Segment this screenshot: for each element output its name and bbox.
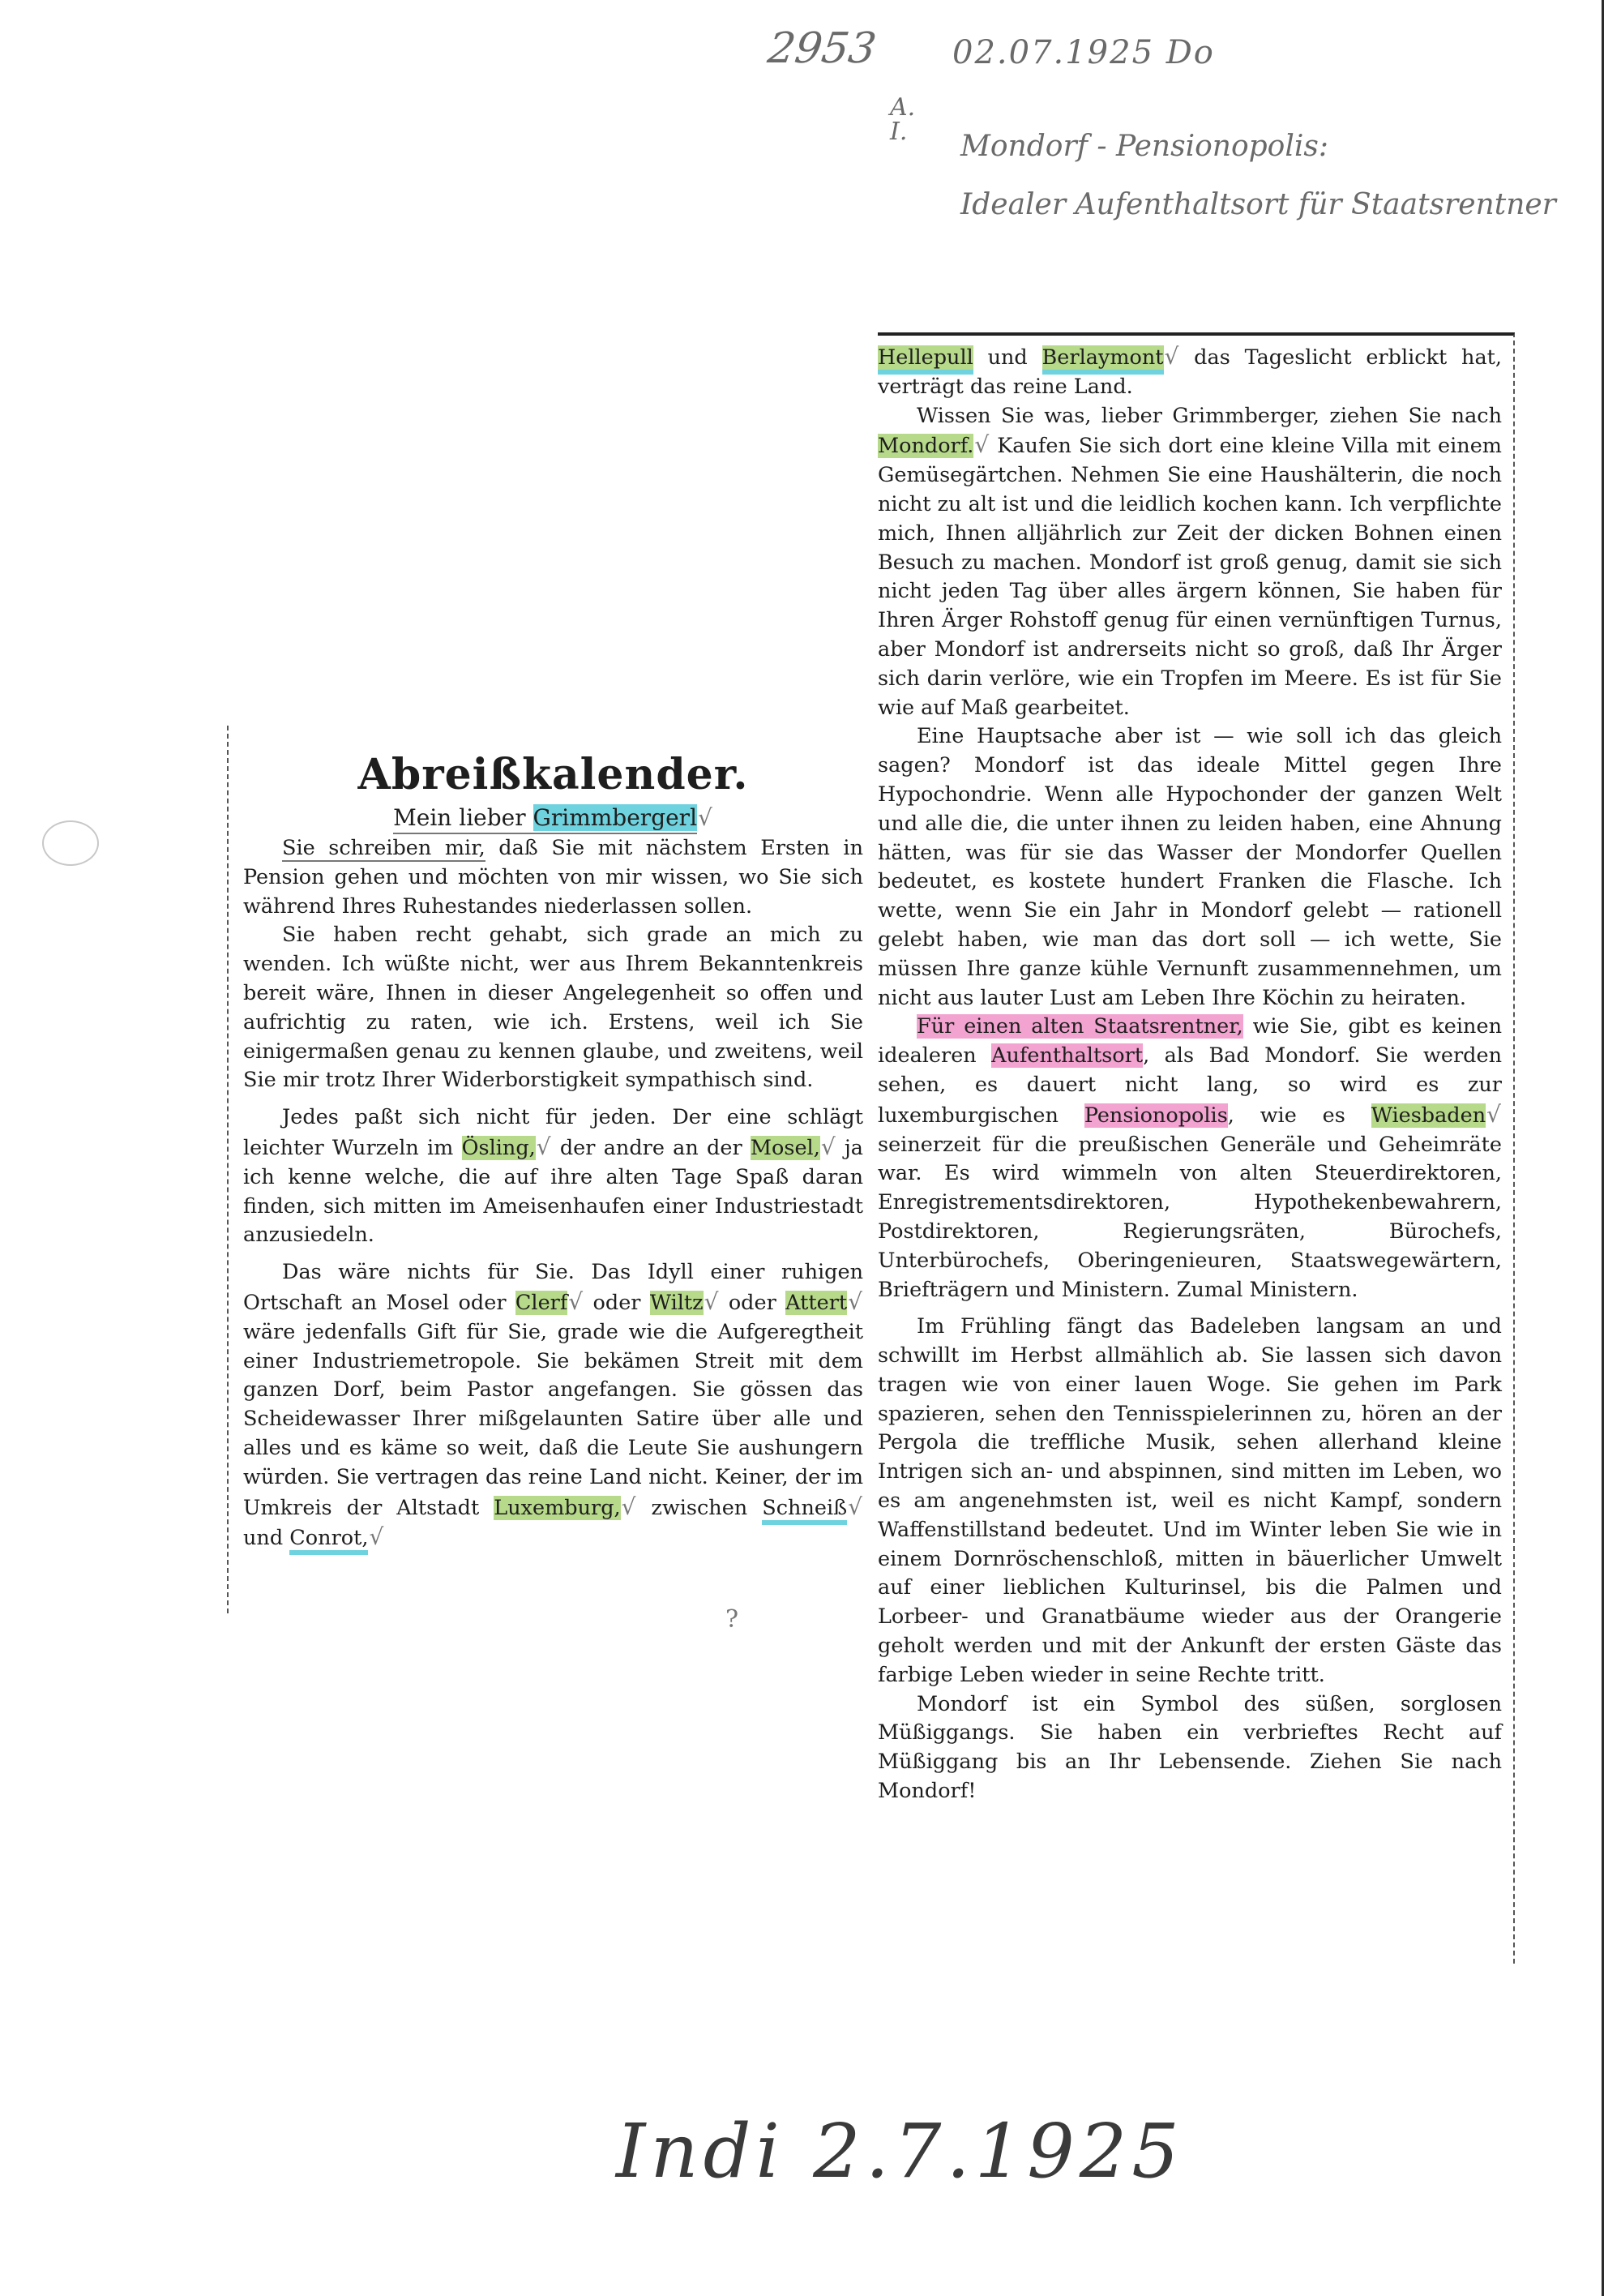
paragraph: Sie schreiben mir, daß Sie mit nächstem … bbox=[243, 834, 863, 921]
check-mark: √ bbox=[848, 1288, 862, 1315]
highlight-wiesbaden: Wiesbaden bbox=[1371, 1103, 1486, 1128]
paragraph: Für einen alten Staatsrentner, wie Sie, … bbox=[878, 1013, 1502, 1304]
highlight-berlaymont: Berlaymont bbox=[1042, 345, 1164, 375]
highlight-staatsrentner: Für einen alten Staatsrentner, bbox=[917, 1014, 1243, 1039]
handwritten-title-line-2: Idealer Aufenthaltsort für Staatsrentner bbox=[960, 188, 1556, 221]
paragraph: Wissen Sie was, lieber Grimmberger, zieh… bbox=[878, 402, 1502, 723]
highlight-mosel: Mosel, bbox=[751, 1136, 820, 1160]
salutation-prefix: Mein lieber bbox=[393, 804, 532, 831]
paragraph: Mondorf ist ein Symbol des süßen, sorglo… bbox=[878, 1690, 1502, 1806]
salutation-name-highlight: Grimmbergerl bbox=[533, 804, 698, 831]
text-run: Kaufen Sie sich dort eine kleine Villa m… bbox=[878, 434, 1502, 719]
text-run: oder bbox=[584, 1291, 650, 1315]
check-mark: √ bbox=[848, 1493, 862, 1520]
clipping-left-column: Abreißkalender. Mein lieber Grimmbergerl… bbox=[227, 726, 863, 1613]
check-mark: √ bbox=[369, 1523, 383, 1550]
highlight-attert: Attert bbox=[785, 1291, 847, 1315]
check-mark: √ bbox=[622, 1493, 636, 1520]
page-edge-rule bbox=[1602, 0, 1604, 2296]
paragraph: Das wäre nichts für Sie. Das Idyll einer… bbox=[243, 1258, 863, 1553]
paragraph: Hellepull und Berlaymont√ das Tageslicht… bbox=[878, 342, 1502, 402]
paragraph: Jedes paßt sich nicht für jeden. Der ein… bbox=[243, 1103, 863, 1250]
underline-schneiss: Schneiß bbox=[762, 1496, 847, 1525]
highlight-luxemburg: Luxemburg, bbox=[494, 1496, 620, 1520]
highlight-mondorf: Mondorf. bbox=[878, 434, 973, 458]
text-run: und bbox=[243, 1526, 289, 1550]
handwritten-reference-mark: A. I. bbox=[890, 96, 915, 144]
text-run: Wissen Sie was, lieber Grimmberger, zieh… bbox=[917, 404, 1502, 428]
check-mark: √ bbox=[704, 1288, 719, 1315]
highlight-hellepull: Hellepull bbox=[878, 345, 973, 375]
check-mark: √ bbox=[1486, 1101, 1501, 1128]
paragraph: Sie haben recht gehabt, sich grade an mi… bbox=[243, 921, 863, 1095]
check-mark: √ bbox=[1165, 343, 1179, 370]
underlined-phrase: Sie schreiben mir, bbox=[282, 836, 485, 862]
highlight-aufenthaltsort: Aufenthaltsort bbox=[991, 1043, 1143, 1068]
punch-hole-mark bbox=[42, 820, 99, 866]
highlight-clerf: Clerf bbox=[515, 1291, 567, 1315]
paragraph: Eine Hauptsache aber ist — wie soll ich … bbox=[878, 722, 1502, 1013]
highlight-wiltz: Wiltz bbox=[650, 1291, 704, 1315]
handwritten-source-date: Indi 2.7.1925 bbox=[616, 2108, 1184, 2195]
text-run: wäre jedenfalls Gift für Sie, grade wie … bbox=[243, 1320, 863, 1520]
handwritten-title-line-1: Mondorf - Pensionopolis: bbox=[960, 130, 1328, 163]
article-salutation: Mein lieber Grimmbergerl√ bbox=[243, 804, 863, 831]
handwritten-date-code: 02.07.1925 Do bbox=[952, 34, 1215, 71]
highlight-osling: Ösling, bbox=[462, 1136, 536, 1160]
check-mark: √ bbox=[698, 804, 712, 831]
check-mark: √ bbox=[537, 1133, 551, 1160]
article-headline: Abreißkalender. bbox=[243, 750, 863, 799]
text-run: , wie es bbox=[1228, 1103, 1371, 1128]
underline-conrot: Conrot, bbox=[289, 1526, 368, 1555]
text-run: und bbox=[973, 345, 1042, 370]
archive-number: 2953 bbox=[765, 24, 879, 73]
check-mark: √ bbox=[974, 431, 989, 458]
text-run: zwischen bbox=[636, 1496, 762, 1520]
paragraph: Im Frühling fängt das Badeleben langsam … bbox=[878, 1313, 1502, 1690]
text-run: oder bbox=[719, 1291, 785, 1315]
text-run: der andre an der bbox=[552, 1136, 751, 1160]
clipping-right-column: Hellepull und Berlaymont√ das Tageslicht… bbox=[878, 332, 1515, 1964]
check-mark: √ bbox=[568, 1288, 583, 1315]
highlight-pensionopolis: Pensionopolis bbox=[1084, 1103, 1228, 1128]
check-mark: √ bbox=[821, 1133, 836, 1160]
handwritten-question-mark: ? bbox=[725, 1605, 738, 1634]
text-run: seinerzeit für die preußischen Generäle … bbox=[878, 1133, 1502, 1302]
